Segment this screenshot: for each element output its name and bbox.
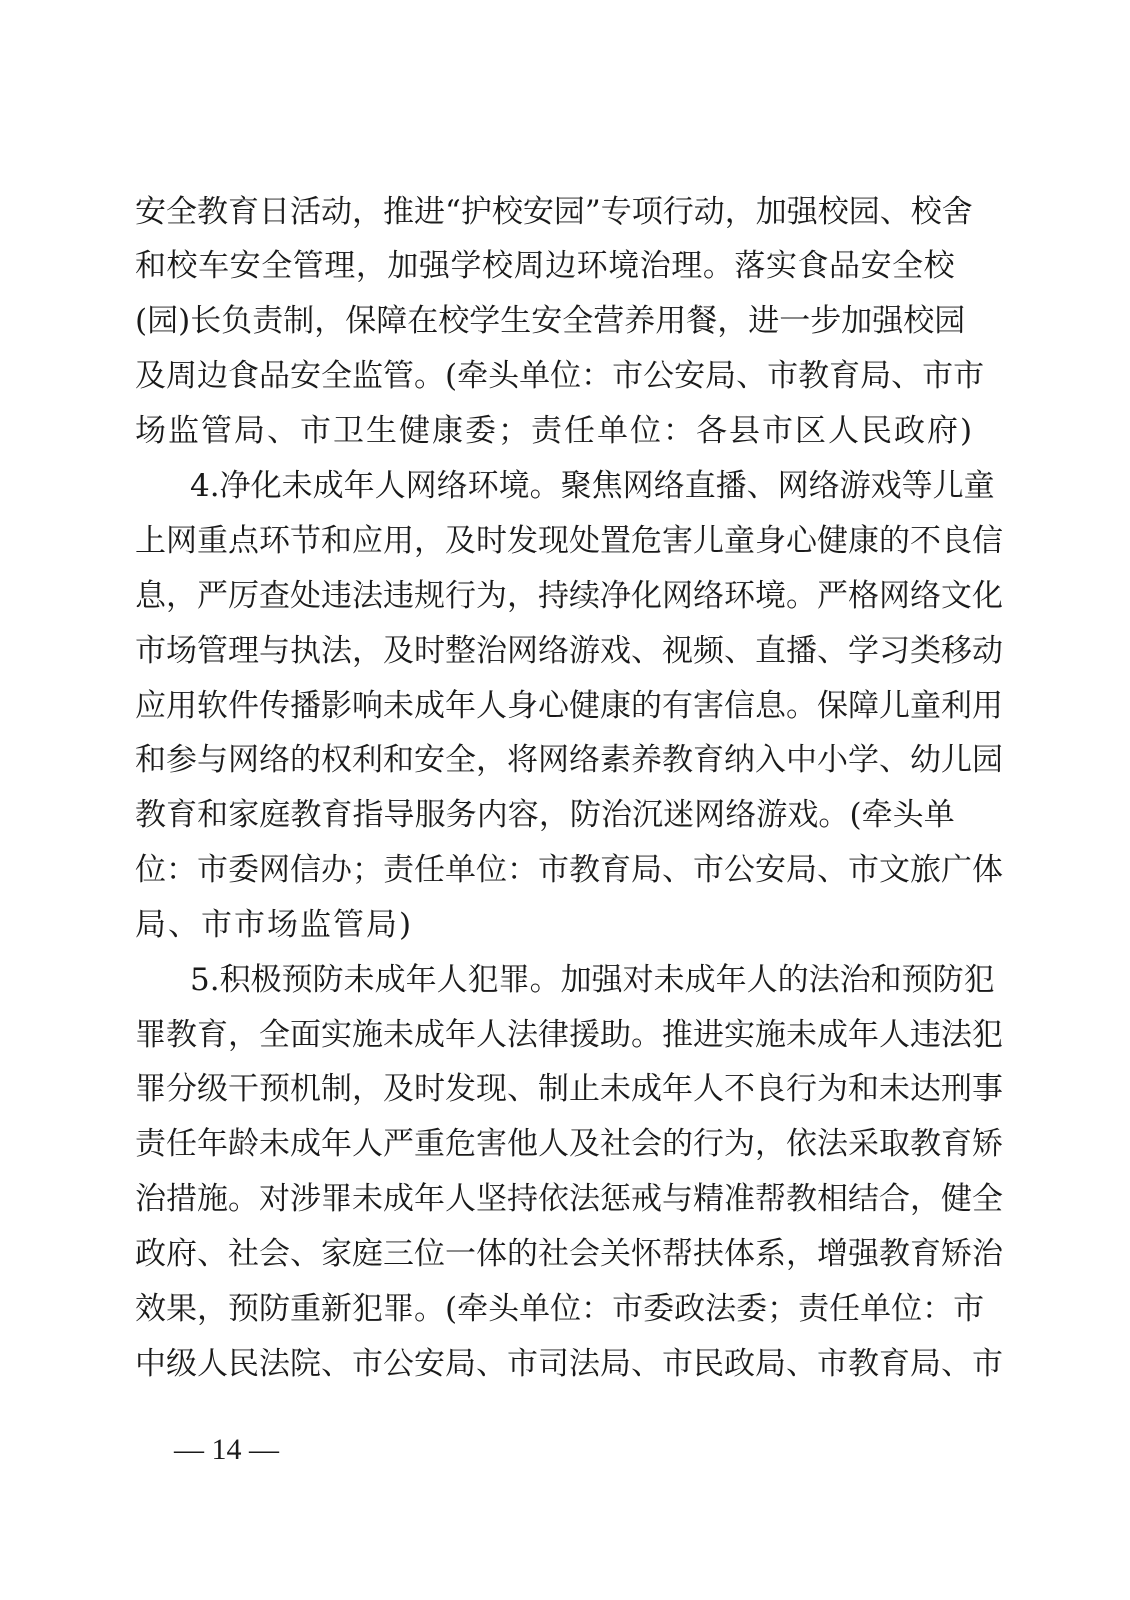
text-line: 场监管局、市卫生健康委；责任单位：各县市区人民政府) <box>135 411 955 451</box>
text-line: 和参与网络的权利和安全，将网络素养教育纳入中小学、幼儿园 <box>135 740 955 780</box>
text-line: 中级人民法院、市公安局、市司法局、市民政局、市教育局、市 <box>135 1344 955 1384</box>
page-number: — 14 — <box>174 1432 279 1468</box>
text-line: 罪分级干预机制，及时发现、制止未成年人不良行为和未达刑事 <box>135 1069 955 1109</box>
text-line: 位：市委网信办；责任单位：市教育局、市公安局、市文旅广体 <box>135 850 955 890</box>
text-line: 局、市市场监管局) <box>135 905 955 945</box>
paragraph-first-line: 5.积极预防未成年人犯罪。加强对未成年人的法治和预防犯 <box>190 960 955 1000</box>
text-line: (园) 长负责制，保障在校学生安全营养用餐，进一步加强校园 <box>135 301 955 341</box>
text-line: 和校车安全管理，加强学校周边环境治理。落实食品安全校 <box>135 246 955 286</box>
text-line: 治措施。对涉罪未成年人坚持依法惩戒与精准帮教相结合，健全 <box>135 1179 955 1219</box>
text-line: 责任年龄未成年人严重危害他人及社会的行为，依法采取教育矫 <box>135 1124 955 1164</box>
text-line: 安全教育日活动，推进“护校安园”专项行动，加强校园、校舍 <box>135 192 955 232</box>
text-line: 效果，预防重新犯罪。(牵头单位：市委政法委；责任单位：市 <box>135 1289 955 1329</box>
text-line: 应用软件传播影响未成年人身心健康的有害信息。保障儿童利用 <box>135 686 955 726</box>
text-line: 教育和家庭教育指导服务内容，防治沉迷网络游戏。(牵头单 <box>135 795 955 835</box>
text-line: 市场管理与执法，及时整治网络游戏、视频、直播、学习类移动 <box>135 631 955 671</box>
text-line: 罪教育，全面实施未成年人法律援助。推进实施未成年人违法犯 <box>135 1015 955 1055</box>
text-line: 政府、社会、家庭三位一体的社会关怀帮扶体系，增强教育矫治 <box>135 1234 955 1274</box>
text-line: 及周边食品安全监管。(牵头单位：市公安局、市教育局、市市 <box>135 356 955 396</box>
document-page: 安全教育日活动，推进“护校安园”专项行动，加强校园、校舍和校车安全管理，加强学校… <box>0 0 1130 1600</box>
text-line: 上网重点环节和应用，及时发现处置危害儿童身心健康的不良信 <box>135 521 955 561</box>
text-line: 息，严厉查处违法违规行为，持续净化网络环境。严格网络文化 <box>135 576 955 616</box>
paragraph-first-line: 4.净化未成年人网络环境。聚焦网络直播、网络游戏等儿童 <box>190 466 955 506</box>
